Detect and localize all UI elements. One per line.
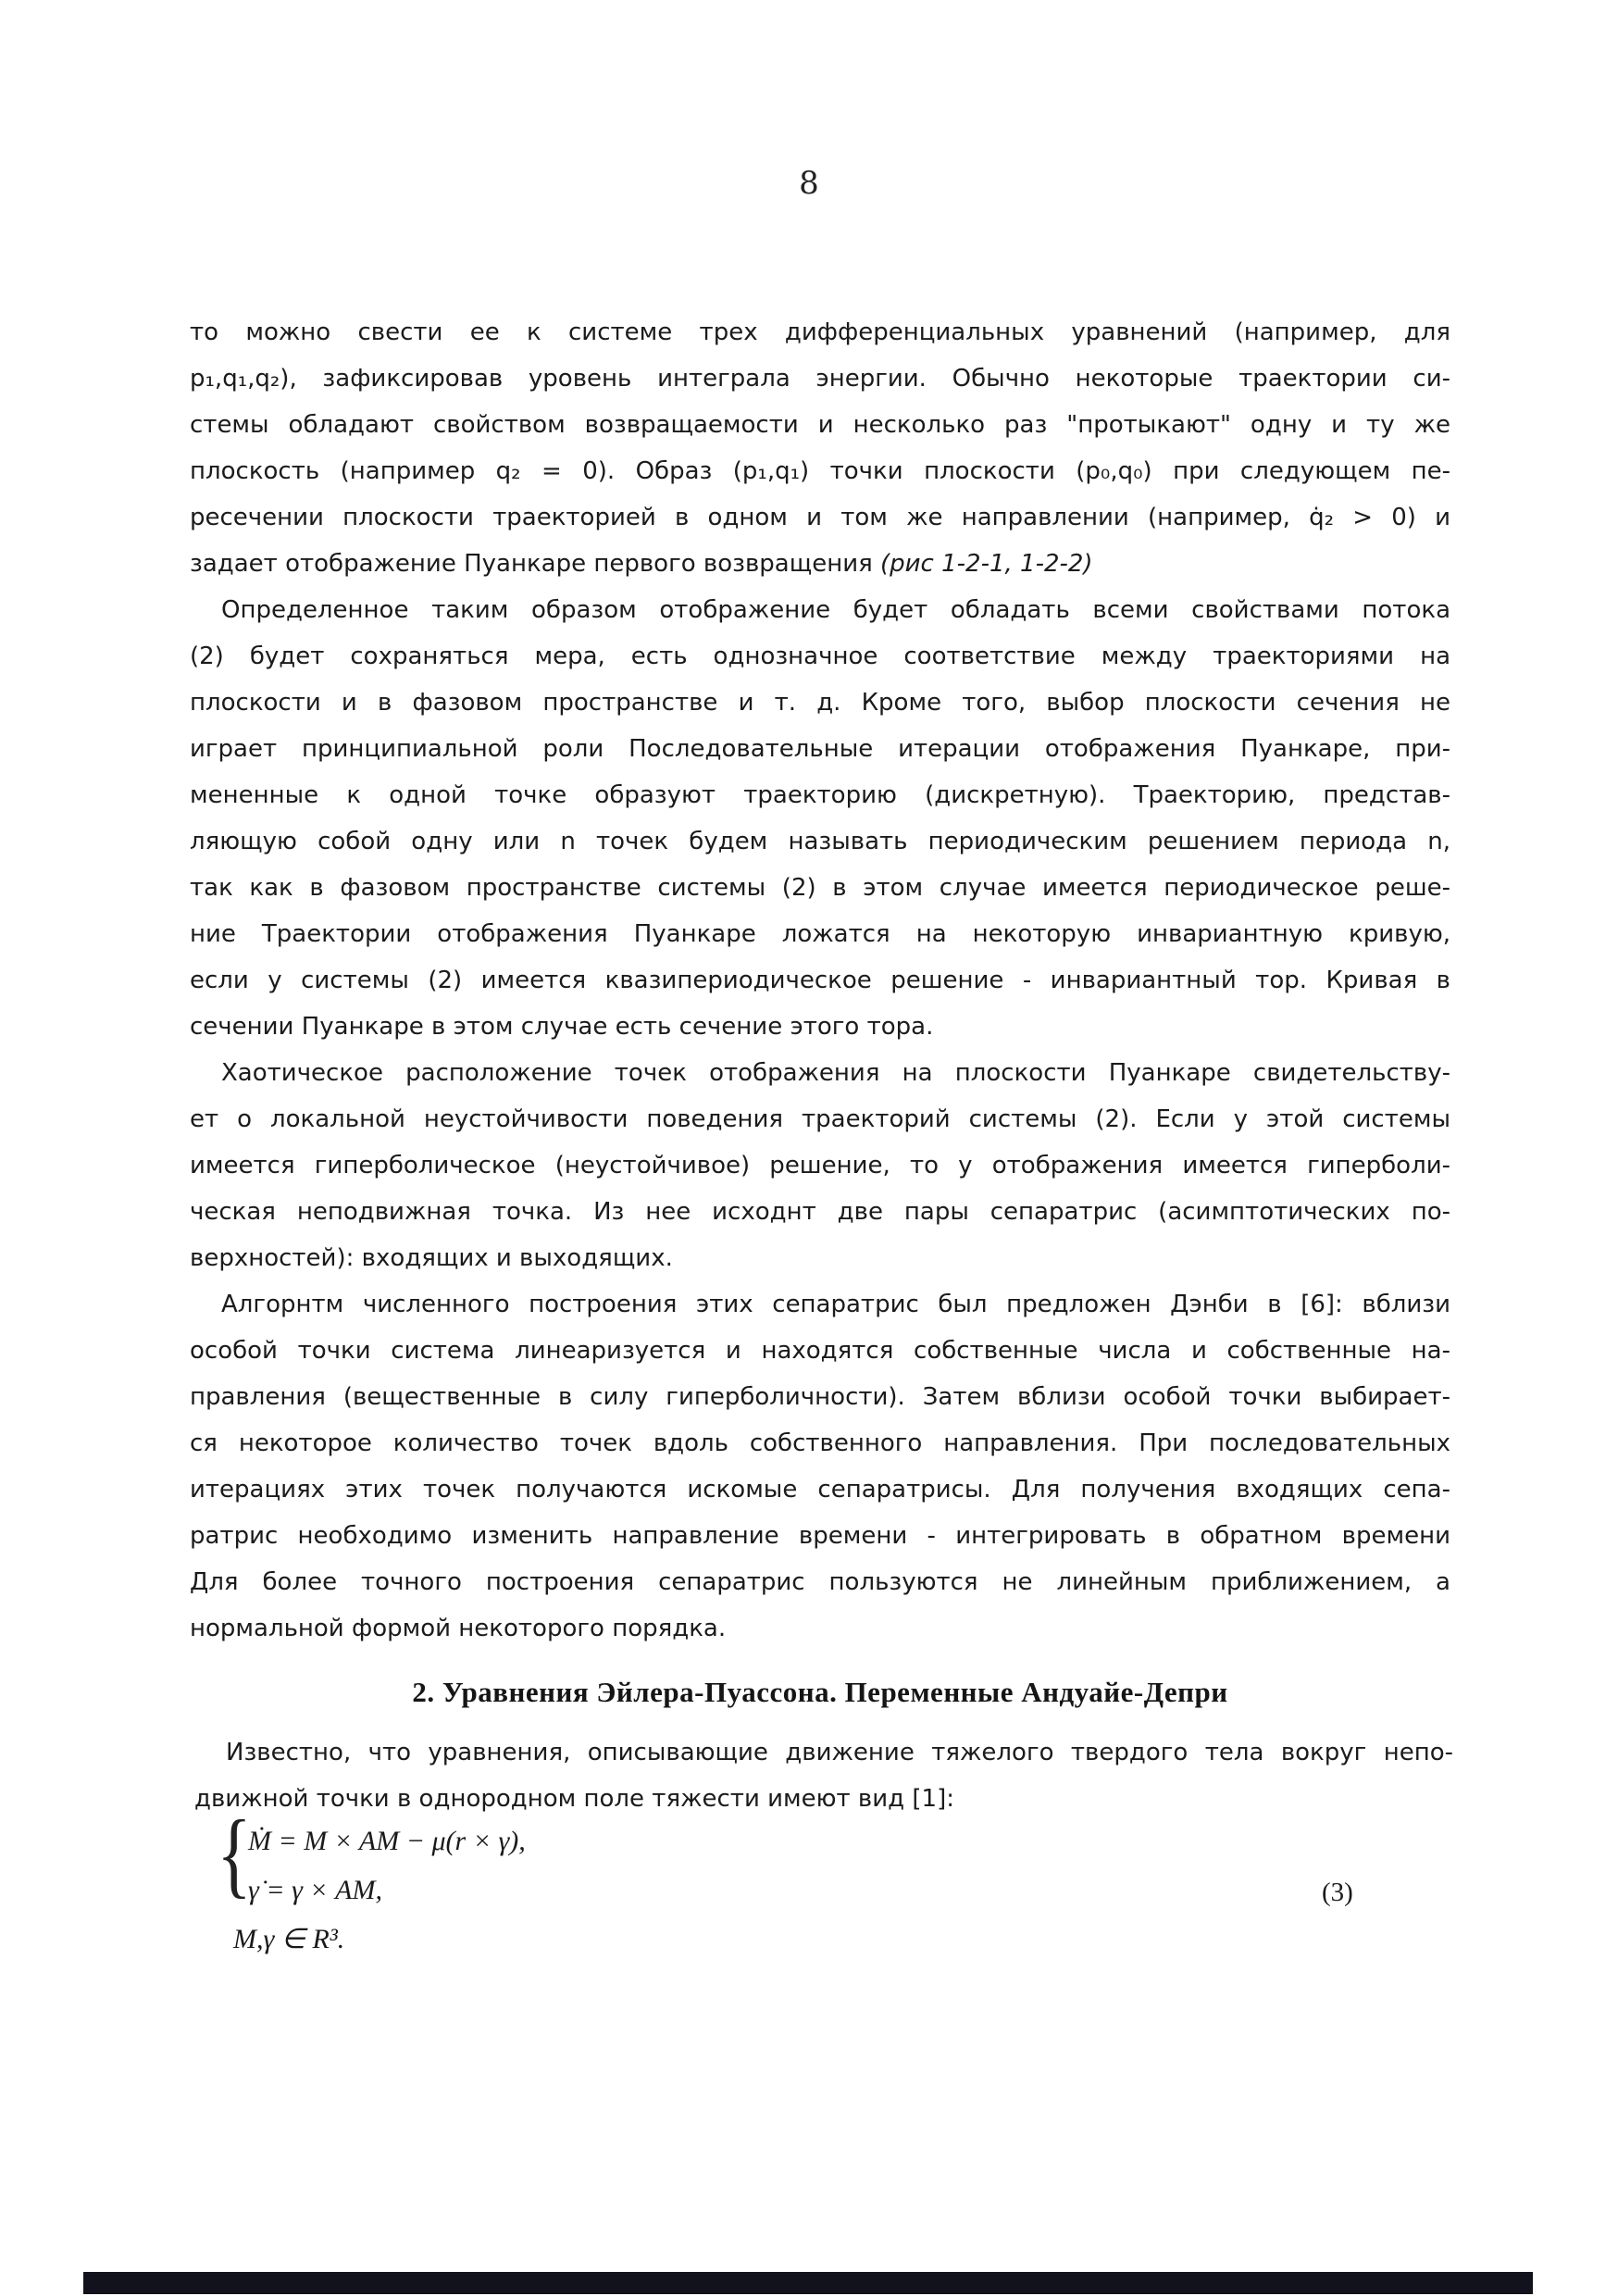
text-line: если у системы (2) имеется квазипериодич… [190, 957, 1450, 1004]
equation-brace: { [217, 1803, 251, 1905]
text-line: ет о локальной неустойчивости поведения … [190, 1096, 1450, 1142]
equation-line: Ṁ = M × AM − μ(r × γ), [248, 1816, 526, 1865]
text-line: ресечении плоскости траекторией в одном … [190, 494, 1450, 541]
text-line: то можно свести ее к системе трех диффер… [190, 309, 1450, 356]
text-line: верхностей): входящих и выходящих. [190, 1235, 1450, 1281]
text-line: так как в фазовом пространстве системы (… [190, 865, 1450, 911]
text-line: плоскости и в фазовом пространстве и т. … [190, 680, 1450, 726]
text-line: Алгорнтм численного построения этих сепа… [190, 1281, 1450, 1328]
text-line: нормальной формой некоторого порядка. [190, 1605, 1450, 1652]
text-line: задает отображение Пуанкаре первого возв… [190, 541, 1450, 587]
text-line: Известно, что уравнения, описывающие дви… [194, 1729, 1453, 1776]
text-line: движной точки в однородном поле тяжести … [194, 1776, 1453, 1822]
text-segment: задает отображение Пуанкаре первого возв… [190, 550, 880, 578]
scanned-document-page: 8 то можно свести ее к системе трех дифф… [0, 0, 1618, 2296]
text-line: Хаотическое расположение точек отображен… [190, 1050, 1450, 1096]
text-line: особой точки система линеаризуется и нах… [190, 1328, 1450, 1374]
text-line: ние Траектории отображения Пуанкаре ложа… [190, 911, 1450, 957]
text-line: ся некоторое количество точек вдоль собс… [190, 1420, 1450, 1466]
equation-line: M,γ ∈ R³. [233, 1915, 526, 1964]
text-line: сечении Пуанкаре в этом случае есть сече… [190, 1004, 1450, 1050]
text-line: играет принципиальной роли Последователь… [190, 726, 1450, 772]
equation-block: Ṁ = M × AM − μ(r × γ), γ̇ = γ × AM, M,γ … [248, 1816, 526, 1964]
equation-number: (3) [1322, 1878, 1353, 1908]
page-number: 8 [0, 165, 1618, 202]
section-intro-text: Известно, что уравнения, описывающие дви… [194, 1729, 1453, 1822]
text-line: ратрис необходимо изменить направление в… [190, 1513, 1450, 1559]
text-line: p₁,q₁,q₂), зафиксировав уровень интеграл… [190, 356, 1450, 402]
text-line: ляющую собой одну или n точек будем назы… [190, 818, 1450, 865]
text-line: (2) будет сохраняться мера, есть однозна… [190, 633, 1450, 680]
text-line: итерациях этих точек получаются искомые … [190, 1466, 1450, 1513]
text-line: имеется гиперболическое (неустойчивое) р… [190, 1142, 1450, 1189]
section-heading: 2. Уравнения Эйлера-Пуассона. Переменные… [190, 1676, 1450, 1709]
equation-line: γ̇ = γ × AM, [248, 1865, 526, 1915]
text-line: стемы обладают свойством возвращаемости … [190, 402, 1450, 448]
text-line: правления (вещественные в силу гиперболи… [190, 1374, 1450, 1420]
body-text: то можно свести ее к системе трех диффер… [190, 309, 1450, 1652]
text-line: Для более точного построения сепаратрис … [190, 1559, 1450, 1605]
scan-artifact-bar [83, 2272, 1533, 2294]
text-line: Определенное таким образом отображение б… [190, 587, 1450, 633]
text-line: мененные к одной точке образуют траектор… [190, 772, 1450, 818]
figure-reference: (рис 1-2-1, 1-2-2) [880, 550, 1093, 578]
text-line: ческая неподвижная точка. Из нее исходнт… [190, 1189, 1450, 1235]
text-line: плоскость (например q₂ = 0). Образ (p₁,q… [190, 448, 1450, 494]
